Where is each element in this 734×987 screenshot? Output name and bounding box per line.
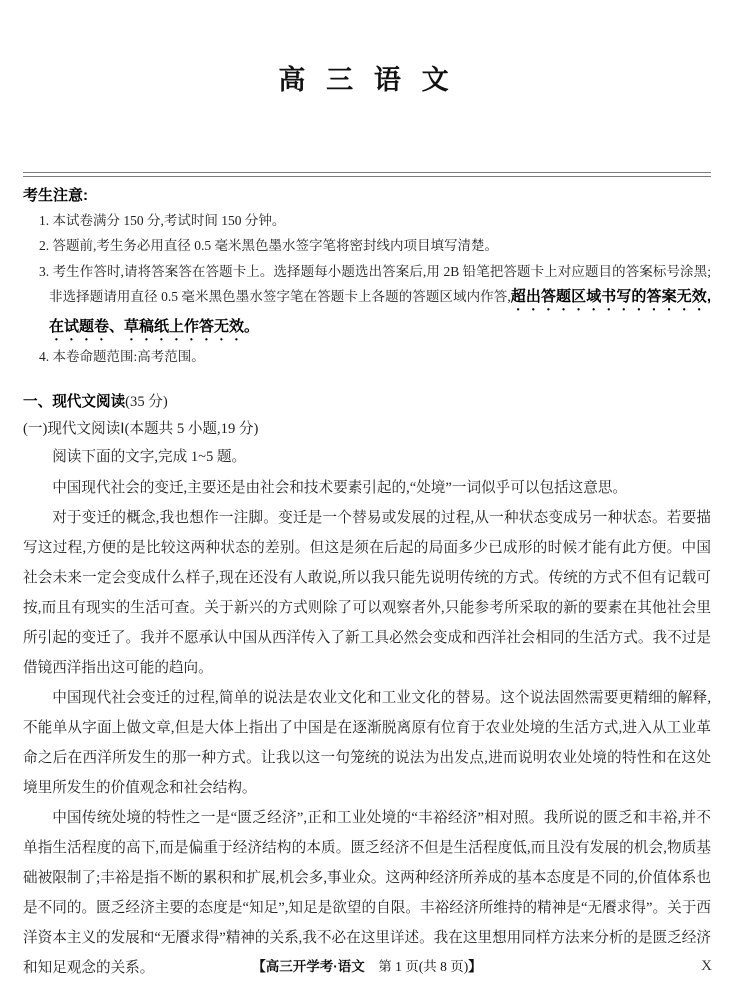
section-one-heading: 一、现代文阅读(35 分) — [23, 389, 711, 415]
subsection-heading: (一)现代文阅读Ⅰ(本题共 5 小题,19 分) — [23, 415, 711, 443]
footer-version-mark: X — [701, 958, 712, 975]
page-footer: 【高三开学考·语文 第 1 页(共 8 页)】 — [0, 955, 734, 975]
notice-item-4: 4. 本卷命题范围:高考范围。 — [23, 344, 711, 369]
section-one-heading-score: (35 分) — [125, 394, 168, 410]
notice-heading: 考生注意: — [23, 184, 711, 208]
exam-page: 高 三 语 文 考生注意: 1. 本试卷满分 150 分,考试时间 150 分钟… — [0, 0, 734, 987]
candidate-notice-section: 考生注意: 1. 本试卷满分 150 分,考试时间 150 分钟。 2. 答题前… — [23, 184, 711, 369]
notice-item-3: 3. 考生作答时,请将答案答在答题卡上。选择题每小题选出答案后,用 2B 铅笔把… — [23, 259, 711, 344]
notice-item-2: 2. 答题前,考生务必用直径 0.5 毫米黑色墨水签字笔将密封线内项目填写清楚。 — [23, 233, 711, 258]
section-one-heading-title: 一、现代文阅读 — [23, 394, 125, 410]
double-rule-divider — [23, 172, 711, 177]
reading-passage: 中国现代社会的变迁,主要还是由社会和技术要素引起的,“处境”一词似乎可以包括这意… — [23, 473, 711, 983]
exam-title: 高 三 语 文 — [23, 62, 711, 98]
reading-instruction: 阅读下面的文字,完成 1~5 题。 — [23, 443, 711, 471]
passage-paragraph-1: 中国现代社会的变迁,主要还是由社会和技术要素引起的,“处境”一词似乎可以包括这意… — [23, 473, 711, 503]
notice-item-1: 1. 本试卷满分 150 分,考试时间 150 分钟。 — [23, 208, 711, 233]
footer-exam-name: 【高三开学考·语文 — [252, 959, 365, 974]
passage-paragraph-3: 中国现代社会变迁的过程,简单的说法是农业文化和工业文化的替易。这个说法固然需要更… — [23, 683, 711, 803]
footer-page-number: 第 1 页(共 8 页) — [365, 959, 469, 974]
footer-closing-bracket: 】 — [468, 959, 482, 974]
passage-paragraph-2: 对于变迁的概念,我也想作一注脚。变迁是一个替易或发展的过程,从一种状态变成另一种… — [23, 503, 711, 683]
